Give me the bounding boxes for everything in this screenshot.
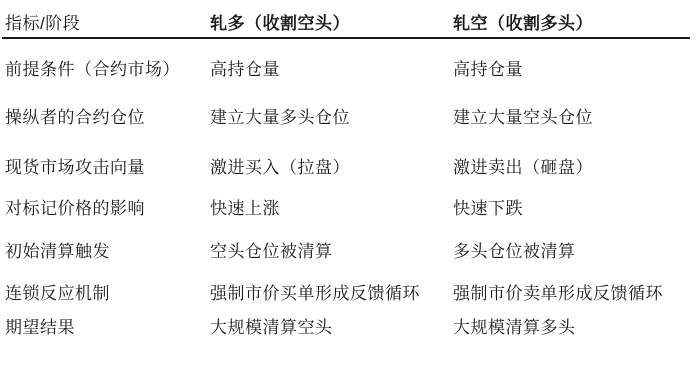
squeeze-comparison-table: 指标/阶段 轧多（收割空头） 轧空（收割多头） 前提条件（合约市场） 高持仓量 … bbox=[0, 0, 700, 368]
table-row: 连锁反应机制 强制市价买单形成反馈循环 强制市价卖单形成反馈循环 bbox=[5, 285, 695, 303]
row-long-squeeze-cell: 快速上涨 bbox=[210, 200, 453, 218]
row-long-squeeze-cell: 大规模清算空头 bbox=[210, 319, 453, 337]
row-indicator-cell: 连锁反应机制 bbox=[5, 285, 210, 303]
row-short-squeeze-cell: 强制市价卖单形成反馈循环 bbox=[453, 285, 695, 303]
row-indicator-cell: 操纵者的合约仓位 bbox=[5, 109, 210, 127]
row-short-squeeze-cell: 建立大量空头仓位 bbox=[453, 109, 695, 127]
row-long-squeeze-cell: 高持仓量 bbox=[210, 61, 453, 79]
row-short-squeeze-cell: 快速下跌 bbox=[453, 200, 695, 218]
row-short-squeeze-cell: 多头仓位被清算 bbox=[453, 243, 695, 261]
row-long-squeeze-cell: 空头仓位被清算 bbox=[210, 243, 453, 261]
row-long-squeeze-cell: 建立大量多头仓位 bbox=[210, 109, 453, 127]
table-row: 初始清算触发 空头仓位被清算 多头仓位被清算 bbox=[5, 243, 695, 261]
row-long-squeeze-cell: 激进买入（拉盘） bbox=[210, 159, 453, 177]
table-row: 现货市场攻击向量 激进买入（拉盘） 激进卖出（砸盘） bbox=[5, 159, 695, 177]
header-rule-divider bbox=[2, 37, 690, 39]
table-row: 前提条件（合约市场） 高持仓量 高持仓量 bbox=[5, 61, 695, 79]
table-row: 操纵者的合约仓位 建立大量多头仓位 建立大量空头仓位 bbox=[5, 109, 695, 127]
row-indicator-cell: 初始清算触发 bbox=[5, 243, 210, 261]
row-short-squeeze-cell: 高持仓量 bbox=[453, 61, 695, 79]
row-indicator-cell: 期望结果 bbox=[5, 319, 210, 337]
table-row: 对标记价格的影响 快速上涨 快速下跌 bbox=[5, 200, 695, 218]
header-short-squeeze: 轧空（收割多头） bbox=[453, 15, 695, 33]
table-row: 期望结果 大规模清算空头 大规模清算多头 bbox=[5, 319, 695, 337]
row-long-squeeze-cell: 强制市价买单形成反馈循环 bbox=[210, 285, 453, 303]
row-short-squeeze-cell: 激进卖出（砸盘） bbox=[453, 159, 695, 177]
row-indicator-cell: 前提条件（合约市场） bbox=[5, 61, 210, 79]
row-indicator-cell: 现货市场攻击向量 bbox=[5, 159, 210, 177]
row-short-squeeze-cell: 大规模清算多头 bbox=[453, 319, 695, 337]
table-header-row: 指标/阶段 轧多（收割空头） 轧空（收割多头） bbox=[5, 15, 695, 33]
header-indicator-stage: 指标/阶段 bbox=[5, 15, 210, 33]
header-long-squeeze: 轧多（收割空头） bbox=[210, 15, 453, 33]
row-indicator-cell: 对标记价格的影响 bbox=[5, 200, 210, 218]
